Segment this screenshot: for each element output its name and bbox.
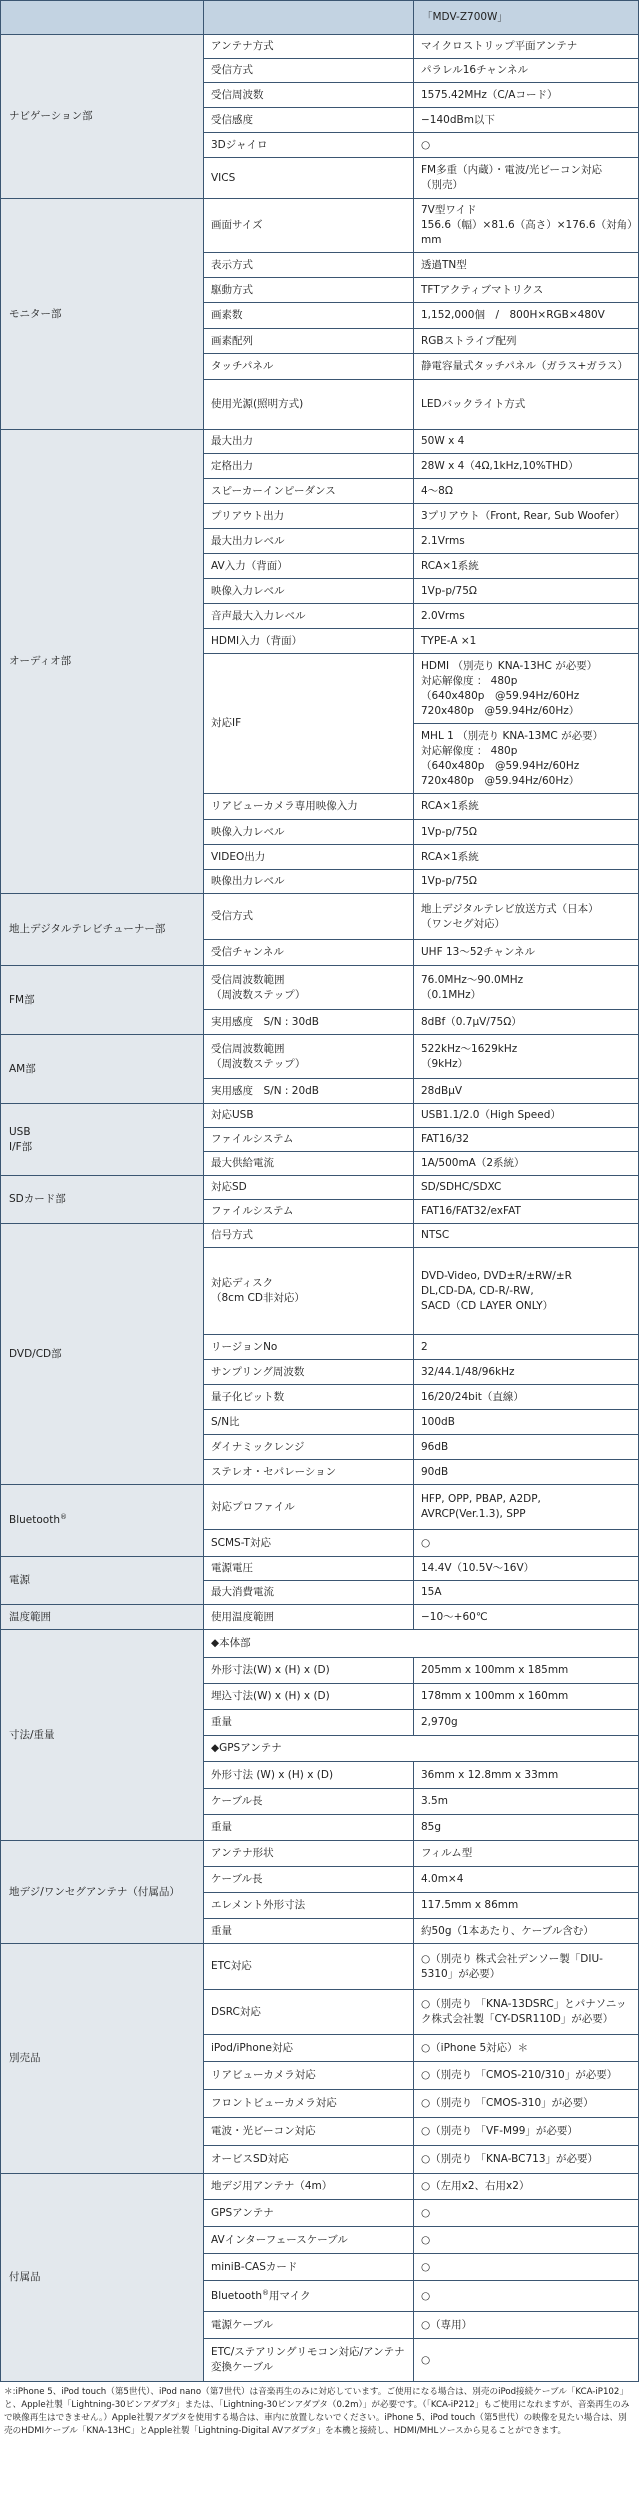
spec-label-cell: アンテナ形状	[204, 1841, 414, 1867]
spec-value-cell: 28dBμV	[414, 1079, 639, 1104]
category-label: オーディオ部	[9, 655, 71, 667]
spec-value-cell: −140dBm以下	[414, 108, 639, 133]
spec-value-cell: FAT16/FAT32/exFAT	[414, 1200, 639, 1224]
spec-value-line: FM多重（内蔵）・電波/光ビーコン対応	[421, 163, 633, 178]
spec-value-cell: ○（別売り 株式会社デンソー製「DIU-5310」が必要）	[414, 1944, 639, 1990]
spec-value-cell: 36mm x 12.8mm x 33mm	[414, 1762, 639, 1789]
spec-label: 外形寸法(W) x (H) x (D)	[211, 1664, 330, 1676]
spec-label-cell: 対応プロファイル	[204, 1485, 414, 1530]
spec-value-line: 2	[421, 1340, 633, 1355]
spec-label-cell: ステレオ・セパレーション	[204, 1460, 414, 1485]
spec-value-line: FAT16/32	[421, 1132, 633, 1147]
spec-label-cell: 重量	[204, 1919, 414, 1944]
spec-label-line: （8cm CD非対応）	[211, 1291, 408, 1306]
spec-value-cell: 静電容量式タッチパネル（ガラス+ガラス）	[414, 354, 639, 380]
category-cell: SDカード部	[1, 1176, 204, 1224]
spec-value-cell: ○	[414, 2227, 639, 2254]
spec-value-cell: ○（別売り 「CMOS-310」が必要）	[414, 2090, 639, 2118]
spec-label-cell: 最大出力	[204, 430, 414, 454]
spec-label-cell: 電源電圧	[204, 1557, 414, 1581]
spec-label-cell: アンテナ方式	[204, 35, 414, 59]
spec-value-cell: ○	[414, 1530, 639, 1557]
category-label: モニター部	[9, 308, 62, 320]
table-row: Bluetooth®対応プロファイルHFP, OPP, PBAP, A2DP,A…	[1, 1485, 639, 1530]
spec-label: リアビューカメラ対応	[211, 2069, 316, 2081]
spec-label: SCMS-T対応	[211, 1537, 271, 1549]
spec-value-cell: ○	[414, 2200, 639, 2227]
category-label: 地上デジタルテレビチューナー部	[9, 923, 165, 935]
category-label: 温度範囲	[9, 1611, 51, 1623]
spec-value-line: 85g	[421, 1820, 633, 1835]
spec-label-cell: SCMS-T対応	[204, 1530, 414, 1557]
spec-value-line: HDMI （別売り KNA-13HC が必要）	[421, 659, 633, 674]
spec-label-cell: DSRC対応	[204, 1990, 414, 2035]
spec-value-line: UHF 13〜52チャンネル	[421, 945, 633, 960]
spec-value-line: MHL 1 （別売り KNA-13MC が必要）	[421, 729, 633, 744]
spec-value-line: 約50g（1本あたり、ケーブル含む）	[421, 1924, 633, 1939]
spec-label-cell: 表示方式	[204, 253, 414, 278]
spec-label-cell: リアビューカメラ対応	[204, 2062, 414, 2090]
spec-value-line: RCA×1系統	[421, 850, 633, 865]
spec-value-line: ○（別売り 株式会社デンソー製「DIU-	[421, 1952, 633, 1967]
spec-label: 3Dジャイロ	[211, 139, 268, 151]
spec-value-cell: USB1.1/2.0（High Speed）	[414, 1104, 639, 1128]
spec-value-line: 205mm x 100mm x 185mm	[421, 1663, 633, 1678]
category-cell: DVD/CD部	[1, 1224, 204, 1485]
spec-value-line: 1Vp-p/75Ω	[421, 584, 633, 599]
spec-value-line: 28dBμV	[421, 1084, 633, 1099]
spec-value-cell: NTSC	[414, 1224, 639, 1248]
spec-value-cell: 4.0m×4	[414, 1867, 639, 1893]
category-cell: 温度範囲	[1, 1605, 204, 1630]
spec-value-cell: ○（別売り 「KNA-BC713」が必要）	[414, 2146, 639, 2174]
spec-value-line: 50W x 4	[421, 434, 633, 449]
category-label: 電源	[9, 1574, 30, 1586]
table-row: 温度範囲使用温度範囲−10〜+60℃	[1, 1605, 639, 1630]
table-row: 寸法/重量◆本体部	[1, 1630, 639, 1658]
spec-label-cell: ケーブル長	[204, 1867, 414, 1893]
spec-label: タッチパネル	[211, 360, 273, 372]
spec-value-line: TYPE-A ×1	[421, 634, 633, 649]
spec-value-line: 100dB	[421, 1415, 633, 1430]
spec-value-cell: 28W x 4（4Ω,1kHz,10%THD）	[414, 454, 639, 479]
spec-value-line: −10〜+60℃	[421, 1610, 633, 1625]
spec-value-line: LEDバックライト方式	[421, 397, 633, 412]
spec-label: 量子化ビット数	[211, 1391, 284, 1403]
spec-label-cell: iPod/iPhone対応	[204, 2035, 414, 2062]
spec-value-line: 16/20/24bit（直線）	[421, 1390, 633, 1405]
spec-label: HDMI入力（背面）	[211, 635, 302, 647]
table-row: AM部受信周波数範囲（周波数ステップ）522kHz〜1629kHz（9kHz）	[1, 1035, 639, 1079]
category-cell: モニター部	[1, 199, 204, 430]
spec-value-cell: ○（左用x2、右用x2）	[414, 2174, 639, 2200]
spec-label-cell: 映像入力レベル	[204, 820, 414, 845]
spec-value-cell: 117.5mm x 86mm	[414, 1893, 639, 1919]
spec-label-cell: VICS	[204, 158, 414, 199]
spec-value-line: RGBストライプ配列	[421, 334, 633, 349]
spec-label: プリアウト出力	[211, 510, 284, 522]
spec-value-line: 透過TN型	[421, 258, 633, 273]
spec-label-cell: 量子化ビット数	[204, 1385, 414, 1410]
spec-value-cell: 90dB	[414, 1460, 639, 1485]
spec-value-line: 1Vp-p/75Ω	[421, 874, 633, 889]
spec-value-line: （別売）	[421, 178, 633, 193]
spec-value-cell: ○（専用）	[414, 2312, 639, 2339]
spec-label-cell: 受信周波数範囲（周波数ステップ）	[204, 1035, 414, 1079]
spec-label-cell: AVインターフェースケーブル	[204, 2227, 414, 2254]
spec-value-line: （9kHz）	[421, 1057, 633, 1072]
spec-value-cell: 178mm x 100mm x 160mm	[414, 1684, 639, 1710]
spec-label-cell: フロントビューカメラ対応	[204, 2090, 414, 2118]
spec-value-line: 4.0m×4	[421, 1872, 633, 1887]
spec-value-line: HFP, OPP, PBAP, A2DP,	[421, 1492, 633, 1507]
spec-label: 画面サイズ	[211, 219, 263, 231]
spec-value-line: ○	[421, 2353, 633, 2368]
spec-label: 音声最大入力レベル	[211, 610, 306, 622]
category-cell: FM部	[1, 966, 204, 1035]
spec-label-cell: 3Dジャイロ	[204, 133, 414, 158]
spec-value-cell: DVD-Video, DVD±R/±RW/±RDL,CD-DA, CD-R/-R…	[414, 1248, 639, 1335]
subheading-cell: ◆GPSアンテナ	[204, 1736, 639, 1762]
spec-label: 重量	[211, 1925, 232, 1937]
spec-value-line: 2,970g	[421, 1715, 633, 1730]
spec-label: 映像入力レベル	[211, 826, 285, 838]
spec-label: エレメント外形寸法	[211, 1899, 305, 1911]
category-cell: 付属品	[1, 2174, 204, 2382]
spec-label-line: （周波数ステップ）	[211, 1057, 408, 1072]
spec-label: VICS	[211, 172, 235, 184]
spec-label: 電源電圧	[211, 1562, 253, 1574]
spec-value-line: 15A	[421, 1585, 633, 1600]
spec-label-cell: ケーブル長	[204, 1789, 414, 1815]
category-label: SDカード部	[9, 1193, 66, 1205]
spec-label-line: ETC/ステアリングリモコン対応/アンテナ	[211, 2345, 408, 2360]
spec-value-line: 1Vp-p/75Ω	[421, 825, 633, 840]
spec-value-line: 4〜8Ω	[421, 484, 633, 499]
spec-value-line: 1575.42MHz（C/Aコード）	[421, 88, 633, 103]
spec-label: VIDEO出力	[211, 851, 265, 863]
spec-label-cell: リアビューカメラ専用映像入力	[204, 794, 414, 820]
table-row: モニター部画面サイズ7V型ワイド156.6（幅）×81.6（高さ）×176.6（…	[1, 199, 639, 253]
spec-value-cell: 16/20/24bit（直線）	[414, 1385, 639, 1410]
spec-value-cell: 100dB	[414, 1410, 639, 1435]
spec-value-line: ○（専用）	[421, 2318, 633, 2333]
spec-label-cell: 画素数	[204, 303, 414, 329]
spec-value-line: ○	[421, 2206, 633, 2221]
spec-value-cell: 32/44.1/48/96kHz	[414, 1360, 639, 1385]
spec-value-line: （0.1MHz）	[421, 988, 633, 1003]
header-cell-category	[1, 1, 204, 35]
spec-value-line: ○（別売り 「CMOS-210/310」が必要）	[421, 2068, 633, 2083]
spec-value-cell: 1575.42MHz（C/Aコード）	[414, 83, 639, 108]
spec-value-cell: 1A/500mA（2系統）	[414, 1152, 639, 1176]
spec-label-cell: 画素配列	[204, 329, 414, 354]
spec-label: AV入力（背面）	[211, 560, 288, 572]
spec-label-line: 変換ケーブル	[211, 2360, 408, 2375]
spec-value-line: 76.0MHz〜90.0MHz	[421, 973, 633, 988]
spec-value-line: 96dB	[421, 1440, 633, 1455]
table-header-row: 「MDV-Z700W」	[1, 1, 639, 35]
spec-value-cell: 1,152,000個 / 800H×RGB×480V	[414, 303, 639, 329]
spec-label-cell: 受信周波数	[204, 83, 414, 108]
spec-value-cell: 2.1Vrms	[414, 529, 639, 554]
spec-value-cell: ○	[414, 2281, 639, 2312]
spec-label: DSRC対応	[211, 2006, 261, 2018]
spec-label-cell: 最大供給電流	[204, 1152, 414, 1176]
spec-label: S/N比	[211, 1416, 240, 1428]
spec-label: 映像出力レベル	[211, 875, 285, 887]
spec-label-cell: 電源ケーブル	[204, 2312, 414, 2339]
spec-value-cell: −10〜+60℃	[414, 1605, 639, 1630]
spec-label-cell: 音声最大入力レベル	[204, 604, 414, 629]
table-row: 電源電源電圧14.4V（10.5V〜16V）	[1, 1557, 639, 1581]
spec-label-cell: タッチパネル	[204, 354, 414, 380]
spec-value-line: SACD（CD LAYER ONLY）	[421, 1299, 633, 1314]
category-cell: ナビゲーション部	[1, 35, 204, 199]
spec-label: サンプリング周波数	[211, 1366, 304, 1378]
spec-value-line: ○	[421, 2233, 633, 2248]
spec-value-cell: 1Vp-p/75Ω	[414, 579, 639, 604]
spec-label: 実用感度 S/N : 30dB	[211, 1016, 319, 1028]
spec-label: miniB-CASカード	[211, 2261, 297, 2273]
table-row: ナビゲーション部アンテナ方式マイクロストリップ平面アンテナ	[1, 35, 639, 59]
spec-value-cell: フィルム型	[414, 1841, 639, 1867]
table-row: 付属品地デジ用アンテナ（4m）○（左用x2、右用x2）	[1, 2174, 639, 2200]
spec-label-cell: 最大出力レベル	[204, 529, 414, 554]
spec-label: 実用感度 S/N : 20dB	[211, 1085, 319, 1097]
category-cell: 別売品	[1, 1944, 204, 2174]
spec-label-line: 対応ディスク	[211, 1276, 408, 1291]
table-row: 地デジ/ワンセグアンテナ（付属品）アンテナ形状フィルム型	[1, 1841, 639, 1867]
spec-label: iPod/iPhone対応	[211, 2042, 293, 2054]
spec-label: GPSアンテナ	[211, 2207, 274, 2219]
spec-label-cell: 受信方式	[204, 59, 414, 83]
category-label: 寸法/重量	[9, 1729, 55, 1741]
spec-label: 信号方式	[211, 1229, 253, 1241]
spec-label: フロントビューカメラ対応	[211, 2097, 337, 2109]
spec-value-cell: 15A	[414, 1581, 639, 1605]
spec-label: 駆動方式	[211, 284, 253, 296]
spec-label: 受信チャンネル	[211, 946, 284, 958]
spec-label: 受信周波数	[211, 89, 264, 101]
registered-mark: ®	[262, 2289, 269, 2297]
spec-label: 電波・光ビーコン対応	[211, 2125, 316, 2137]
spec-label: ファイルシステム	[211, 1133, 293, 1145]
spec-value-line: ○	[421, 138, 633, 153]
spec-label: オービスSD対応	[211, 2153, 289, 2165]
spec-value-cell: 4〜8Ω	[414, 479, 639, 504]
spec-value-line: 117.5mm x 86mm	[421, 1898, 633, 1913]
spec-value-line: AVRCP(Ver.1.3), SPP	[421, 1507, 633, 1522]
subheading-cell: ◆本体部	[204, 1630, 639, 1658]
spec-value-cell: パラレル16チャンネル	[414, 59, 639, 83]
spec-value-cell: 85g	[414, 1815, 639, 1841]
spec-label-cell: 電波・光ビーコン対応	[204, 2118, 414, 2146]
spec-value-line: 156.6（幅）×81.6（高さ）×176.6（対角）mm	[421, 218, 633, 248]
spec-label-cell: 受信方式	[204, 894, 414, 940]
spec-label: 使用温度範囲	[211, 1611, 274, 1623]
spec-label-line: 受信周波数範囲	[211, 973, 408, 988]
category-cell: 寸法/重量	[1, 1630, 204, 1841]
spec-value-line: ○（別売り 「KNA-BC713」が必要）	[421, 2152, 633, 2167]
spec-value-line: ○（iPhone 5対応）＊	[421, 2041, 633, 2056]
spec-label-cell: 対応USB	[204, 1104, 414, 1128]
spec-value-line: −140dBm以下	[421, 113, 633, 128]
spec-label: 重量	[211, 1716, 232, 1728]
spec-label-cell: 定格出力	[204, 454, 414, 479]
table-row: USBI/F部対応USBUSB1.1/2.0（High Speed）	[1, 1104, 639, 1128]
spec-value-line: フィルム型	[421, 1846, 633, 1861]
spec-value-cell: RGBストライプ配列	[414, 329, 639, 354]
spec-value-line: （640x480p @59.94Hz/60Hz	[421, 689, 633, 704]
spec-label-cell: ファイルシステム	[204, 1128, 414, 1152]
spec-value-line: 5310」が必要）	[421, 1967, 633, 1982]
category-cell: AM部	[1, 1035, 204, 1104]
spec-label-cell: 駆動方式	[204, 278, 414, 303]
category-cell: 電源	[1, 1557, 204, 1605]
spec-value-cell: 透過TN型	[414, 253, 639, 278]
spec-label: ETC対応	[211, 1960, 252, 1972]
spec-value-cell: ○	[414, 133, 639, 158]
table-row: SDカード部対応SDSD/SDHC/SDXC	[1, 1176, 639, 1200]
spec-value-cell: TFTアクティブマトリクス	[414, 278, 639, 303]
spec-label: ケーブル長	[211, 1795, 263, 1807]
spec-value-line: 522kHz〜1629kHz	[421, 1042, 633, 1057]
spec-label-cell: Bluetooth®用マイク	[204, 2281, 414, 2312]
spec-label: スピーカーインピーダンス	[211, 485, 336, 497]
spec-label-cell: ETC対応	[204, 1944, 414, 1990]
spec-label-cell: オービスSD対応	[204, 2146, 414, 2174]
table-row: 地上デジタルテレビチューナー部受信方式地上デジタルテレビ放送方式（日本）（ワンセ…	[1, 894, 639, 940]
table-row: オーディオ部最大出力50W x 4	[1, 430, 639, 454]
spec-value-line: RCA×1系統	[421, 559, 633, 574]
spec-label: 映像入力レベル	[211, 585, 285, 597]
spec-label: ステレオ・セパレーション	[211, 1466, 336, 1478]
spec-label: 電源ケーブル	[211, 2319, 273, 2331]
spec-label: 対応SD	[211, 1181, 247, 1193]
spec-label-suffix: 用マイク	[269, 2290, 311, 2302]
spec-value-cell: ○（別売り 「KNA-13DSRC」とパナソニック株式会社製「CY-DSR110…	[414, 1990, 639, 2035]
category-label: 別売品	[9, 2052, 41, 2064]
spec-value-line: NTSC	[421, 1228, 633, 1243]
spec-label: 地デジ用アンテナ（4m）	[211, 2180, 332, 2192]
spec-value-line: マイクロストリップ平面アンテナ	[421, 39, 633, 54]
spec-value-line: 3.5m	[421, 1794, 633, 1809]
spec-value-line: 静電容量式タッチパネル（ガラス+ガラス）	[421, 359, 633, 374]
registered-mark: ®	[60, 1513, 67, 1521]
category-label: AM部	[9, 1063, 36, 1075]
category-label: FM部	[9, 994, 35, 1006]
spec-value-line: 1A/500mA（2系統）	[421, 1156, 633, 1171]
spec-value-cell: 2.0Vrms	[414, 604, 639, 629]
spec-value-line: 32/44.1/48/96kHz	[421, 1365, 633, 1380]
spec-value-cell: 約50g（1本あたり、ケーブル含む）	[414, 1919, 639, 1944]
spec-value-line: ○（別売り 「KNA-13DSRC」とパナソニッ	[421, 1997, 633, 2012]
category-line: USB	[9, 1125, 198, 1140]
spec-value-line: ○（別売り 「VF-M99」が必要）	[421, 2124, 633, 2139]
table-row: FM部受信周波数範囲（周波数ステップ）76.0MHz〜90.0MHz（0.1MH…	[1, 966, 639, 1010]
spec-label-cell: リージョンNo	[204, 1335, 414, 1360]
spec-value-line: ク株式会社製「CY-DSR110D」が必要）	[421, 2012, 633, 2027]
spec-label: 使用光源(照明方式)	[211, 398, 303, 410]
spec-value-line: ○	[421, 2289, 633, 2304]
spec-value-cell: 522kHz〜1629kHz（9kHz）	[414, 1035, 639, 1079]
spec-value-line: 2.1Vrms	[421, 534, 633, 549]
spec-label: 対応USB	[211, 1109, 254, 1121]
spec-value-line: 720x480p @59.94Hz/60Hz）	[421, 704, 633, 719]
spec-value-line: （640x480p @59.94Hz/60Hz	[421, 759, 633, 774]
spec-label-cell: 受信感度	[204, 108, 414, 133]
spec-value-cell: マイクロストリップ平面アンテナ	[414, 35, 639, 59]
spec-value-cell: 96dB	[414, 1435, 639, 1460]
header-cell-model: 「MDV-Z700W」	[414, 1, 639, 35]
spec-value-cell: 8dBf（0.7μV/75Ω）	[414, 1010, 639, 1035]
spec-value-cell: ○（別売り 「VF-M99」が必要）	[414, 2118, 639, 2146]
spec-label: 受信方式	[211, 910, 253, 922]
spec-label-cell: 重量	[204, 1815, 414, 1841]
category-line: I/F部	[9, 1140, 198, 1155]
spec-value-line: 8dBf（0.7μV/75Ω）	[421, 1015, 633, 1030]
spec-label: ダイナミックレンジ	[211, 1441, 305, 1453]
spec-value-cell: 3.5m	[414, 1789, 639, 1815]
spec-value-cell: 2	[414, 1335, 639, 1360]
spec-label: 受信感度	[211, 114, 253, 126]
spec-value-cell: RCA×1系統	[414, 554, 639, 579]
spec-label: 画素数	[211, 309, 243, 321]
spec-label: 対応IF	[211, 717, 241, 729]
table-row: DVD/CD部信号方式NTSC	[1, 1224, 639, 1248]
spec-label: 画素配列	[211, 335, 253, 347]
spec-value-cell: HDMI （別売り KNA-13HC が必要）対応解像度 ： 480p（640x…	[414, 654, 639, 724]
spec-value-cell: 14.4V（10.5V〜16V）	[414, 1557, 639, 1581]
spec-value-cell: 2,970g	[414, 1710, 639, 1736]
spec-value-line: 720x480p @59.94Hz/60Hz）	[421, 774, 633, 789]
spec-label-cell: 信号方式	[204, 1224, 414, 1248]
spec-value-line: 3プリアウト（Front, Rear, Sub Woofer）	[421, 509, 633, 524]
spec-label-cell: 外形寸法(W) x (H) x (D)	[204, 1658, 414, 1684]
spec-label-cell: 対応ディスク（8cm CD非対応）	[204, 1248, 414, 1335]
spec-value-line: ○	[421, 1536, 633, 1551]
spec-label-cell: ダイナミックレンジ	[204, 1435, 414, 1460]
spec-value-line: ○	[421, 2260, 633, 2275]
spec-value-line: 178mm x 100mm x 160mm	[421, 1689, 633, 1704]
category-cell: 地デジ/ワンセグアンテナ（付属品）	[1, 1841, 204, 1944]
spec-label-cell: 画面サイズ	[204, 199, 414, 253]
spec-label-cell: 映像入力レベル	[204, 579, 414, 604]
spec-label: 重量	[211, 1821, 232, 1833]
spec-value-line: 1,152,000個 / 800H×RGB×480V	[421, 308, 633, 323]
spec-label-cell: プリアウト出力	[204, 504, 414, 529]
spec-value-cell: SD/SDHC/SDXC	[414, 1176, 639, 1200]
spec-value-line: 14.4V（10.5V〜16V）	[421, 1561, 633, 1576]
spec-label-cell: 実用感度 S/N : 30dB	[204, 1010, 414, 1035]
spec-label-cell: 外形寸法 (W) x (H) x (D)	[204, 1762, 414, 1789]
spec-value-cell: 7V型ワイド156.6（幅）×81.6（高さ）×176.6（対角）mm	[414, 199, 639, 253]
spec-label: 受信方式	[211, 64, 253, 76]
spec-label-cell: 地デジ用アンテナ（4m）	[204, 2174, 414, 2200]
spec-label-cell: HDMI入力（背面）	[204, 629, 414, 654]
category-cell: Bluetooth®	[1, 1485, 204, 1557]
spec-value-cell: 205mm x 100mm x 185mm	[414, 1658, 639, 1684]
spec-label-cell: VIDEO出力	[204, 845, 414, 870]
spec-label-cell: 使用温度範囲	[204, 1605, 414, 1630]
spec-label: リージョンNo	[211, 1341, 277, 1353]
category-label: ナビゲーション部	[9, 110, 93, 122]
spec-value-line: DVD-Video, DVD±R/±RW/±R	[421, 1269, 633, 1284]
header-cell-item	[204, 1, 414, 35]
spec-value-cell: LEDバックライト方式	[414, 380, 639, 430]
spec-label: 最大出力	[211, 435, 253, 447]
